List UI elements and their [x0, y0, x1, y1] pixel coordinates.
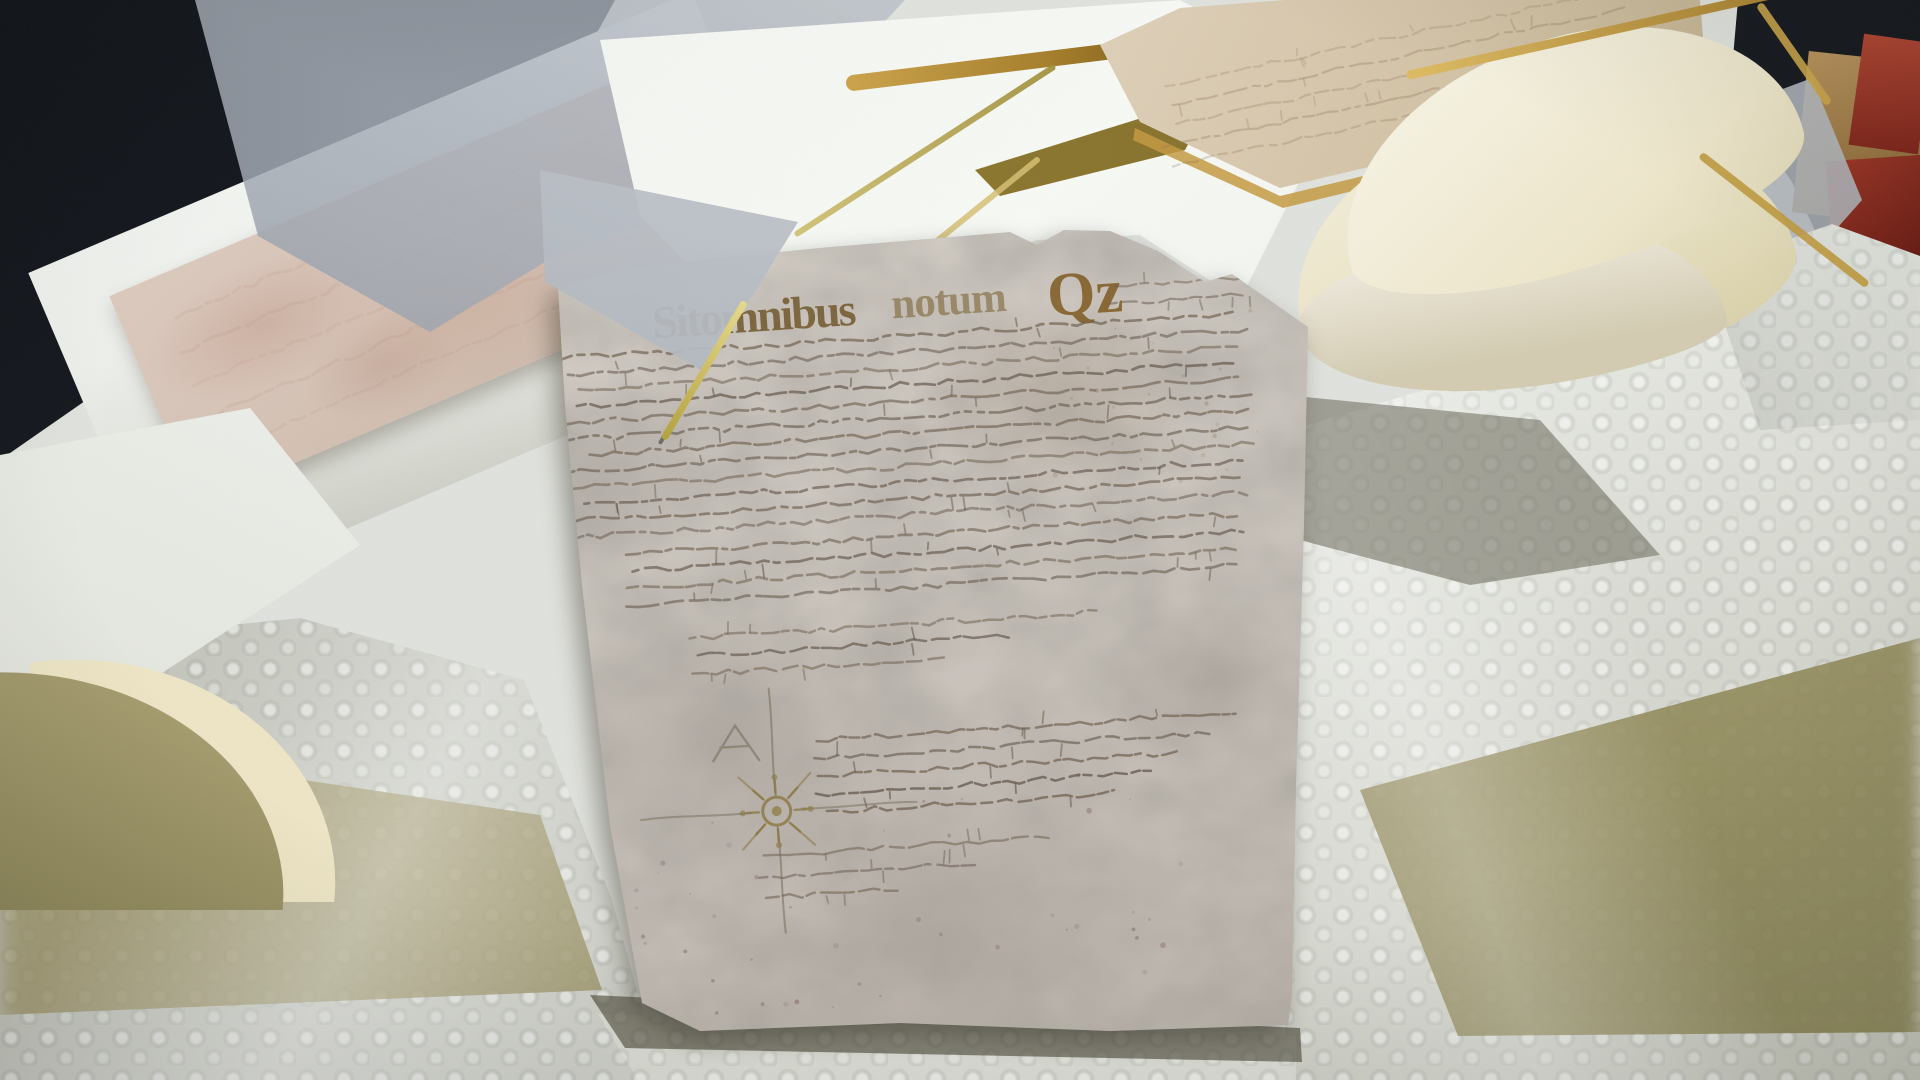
photo-archive-parchments: Sitomnibus notum Qz: [0, 0, 1920, 1080]
photo-grain: [0, 0, 1920, 1080]
